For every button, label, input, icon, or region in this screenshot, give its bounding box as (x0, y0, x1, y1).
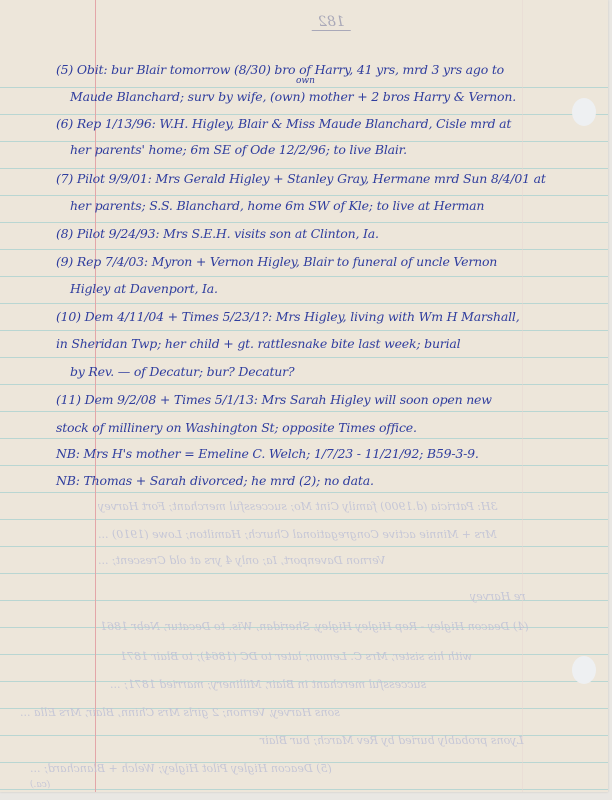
bleed-through-line: sons Harvey, Vernon; 2 girls Mrs Chinn, … (20, 706, 340, 719)
note-line: (7) Pilot 9/9/01: Mrs Gerald Higley + St… (56, 171, 546, 186)
note-line: by Rev. — of Decatur; bur? Decatur? (70, 364, 294, 379)
insertion-annotation: own (296, 76, 315, 86)
note-line: stock of millinery on Washington St; opp… (56, 420, 417, 435)
note-line: (11) Dem 9/2/08 + Times 5/1/13: Mrs Sara… (56, 392, 492, 407)
note-line: in Sheridan Twp; her child + gt. rattles… (56, 336, 460, 351)
bleed-through-line: (5) Deacon Higley Pilot Higley; Welch + … (30, 762, 332, 775)
note-line: (5) Obit: bur Blair tomorrow (8/30) bro … (56, 62, 504, 77)
bleed-through-line: with his sister, Mrs C. Lemon; later to … (120, 650, 472, 663)
note-line: Maude Blanchard; surv by wife, (own) mot… (70, 89, 516, 104)
bleed-through-line: re Harvey (470, 590, 526, 603)
bleed-through-line: Mrs + Minnie active Congregational Churc… (98, 528, 497, 541)
note-line: her parents' home; 6m SE of Ode 12/2/96;… (70, 142, 407, 157)
note-line: NB: Thomas + Sarah divorced; he mrd (2);… (56, 473, 374, 488)
bleed-through-line: (4) Deacon Higley - Rep Higley Higley, S… (100, 620, 529, 633)
bleed-through-line: successful merchant in Blair, Millinery;… (110, 678, 426, 691)
note-line: (6) Rep 1/13/96: W.H. Higley, Blair & Mi… (56, 116, 511, 131)
hole-punch-top (572, 98, 596, 126)
note-line: NB: Mrs H's mother = Emeline C. Welch; 1… (56, 446, 479, 461)
bleed-through-line: 3H: Patricia (d.1900) family Cint Mo; su… (98, 500, 498, 513)
bleed-through-line: Lyons probably buried by Rev March; bur … (260, 734, 524, 747)
note-line: (8) Pilot 9/24/93: Mrs S.E.H. visits son… (56, 226, 379, 241)
bleed-through-line: (ca.) (30, 780, 50, 790)
right-margin-line (522, 0, 523, 792)
note-line: Higley at Davenport, Ia. (70, 281, 218, 296)
bleed-through-line: Vernon Davenport, Ia; only 4 yrs at old … (98, 554, 386, 567)
hole-punch-bottom (572, 656, 596, 684)
note-line: her parents; S.S. Blanchard, home 6m SW … (70, 198, 484, 213)
note-line: (9) Rep 7/4/03: Myron + Vernon Higley, B… (56, 254, 497, 269)
note-line: (10) Dem 4/11/04 + Times 5/23/1?: Mrs Hi… (56, 309, 519, 324)
notebook-page: 182 3H: Patricia (d.1900) family Cint Mo… (0, 0, 608, 792)
page-number: 182 (312, 14, 351, 31)
